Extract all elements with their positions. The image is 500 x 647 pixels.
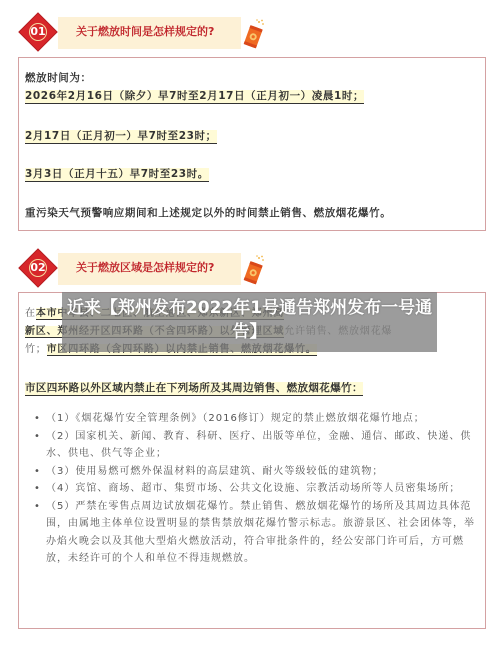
section-2-header: 02 关于燃放区域是怎样规定的? [18,250,258,286]
list-item: （3）使用易燃可燃外保温材料的高层建筑、耐火等级较低的建筑物； [28,463,480,481]
section-title: 关于燃放区域是怎样规定的? [76,250,246,286]
list-item: （2）国家机关、新闻、教育、科研、医疗、出版等单位，金融、通信、邮政、快递、供水… [28,428,480,463]
burn-time-intro: 燃放时间为： [25,70,92,85]
burn-time-3: 3月3日（正月十五）早7时至23时。 [25,166,209,181]
firecracker-icon [239,18,269,50]
section-title: 关于燃放时间是怎样规定的? [76,14,246,50]
list-item: （1）《烟花爆竹安全管理条例》（2016修订）规定的禁止燃放烟花爆竹地点； [28,410,480,428]
list-item: （4）宾馆、商场、超市、集贸市场、公共文化设施、宗教活动场所等人员密集场所； [28,480,480,498]
firecracker-icon [239,254,269,286]
section-number-badge: 01 [20,14,56,50]
pollution-note: 重污染天气预警响应期间和上述规定以外的时间禁止销售、燃放烟花爆竹。 [25,205,391,220]
burn-time-2: 2月17日（正月初一）早7时至23时； [25,128,217,143]
section-1-header: 01 关于燃放时间是怎样规定的? [18,14,258,50]
list-item: （5）严禁在零售点周边试放烟花爆竹。禁止销售、燃放烟花爆竹的场所及其周边具体范围… [28,498,480,568]
caption-overlay-text: 近来【郑州发布2022年1号通告郑州发布一号通告】 [62,296,437,344]
section-number-badge: 02 [20,250,56,286]
burn-time-1: 2026年2月16日（除夕）早7时至2月17日（正月初一）凌晨1时； [25,88,364,103]
restricted-places-heading: 市区四环路以外区域内禁止在下列场所及其周边销售、燃放烟花爆竹： [25,380,363,395]
restricted-places-list: （1）《烟花爆竹安全管理条例》（2016修订）规定的禁止燃放烟花爆竹地点； （2… [28,410,480,568]
